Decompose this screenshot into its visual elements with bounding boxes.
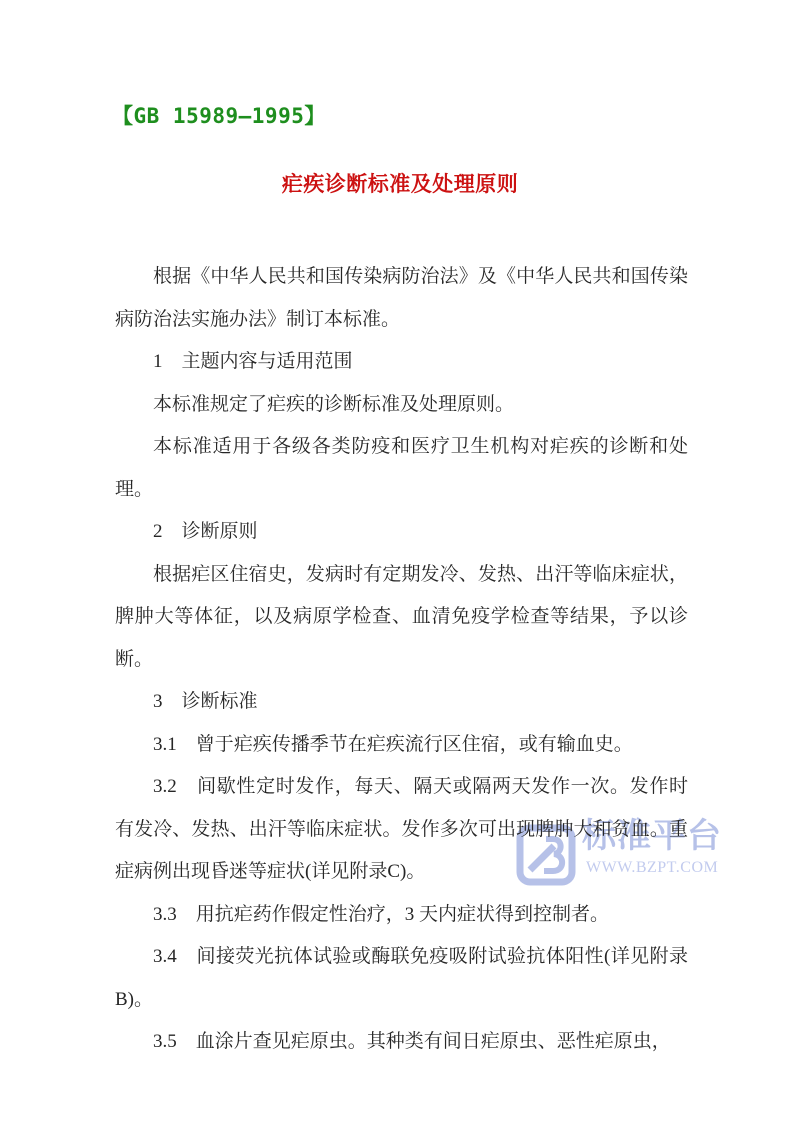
section-heading: 2 诊断原则 [115,511,688,554]
paragraph: 3.1 曾于疟疾传播季节在疟疾流行区住宿，或有输血史。 [115,724,688,767]
document-page: 【GB 15989—1995】 疟疾诊断标准及处理原则 标准平台 WWW.BZP… [0,0,800,1131]
paragraph: 根据疟区住宿史，发病时有定期发冷、发热、出汗等临床症状，脾肿大等体征，以及病原学… [115,554,688,682]
section-heading: 1 主题内容与适用范围 [115,341,688,384]
paragraph: 根据《中华人民共和国传染病防治法》及《中华人民共和国传染病防治法实施办法》制订本… [115,256,688,341]
paragraph: 本标准适用于各级各类防疫和医疗卫生机构对疟疾的诊断和处理。 [115,426,688,511]
paragraph: 3.4 间接荧光抗体试验或酶联免疫吸附试验抗体阳性(详见附录B)。 [115,936,688,1021]
document-body: 根据《中华人民共和国传染病防治法》及《中华人民共和国传染病防治法实施办法》制订本… [115,256,688,1064]
paragraph: 3.5 血涂片查见疟原虫。其种类有间日疟原虫、恶性疟原虫， [115,1021,688,1064]
paragraph: 3.2 间歇性定时发作，每天、隔天或隔两天发作一次。发作时有发冷、发热、出汗等临… [115,766,688,894]
paragraph: 3.3 用抗疟药作假定性治疗，3 天内症状得到控制者。 [115,894,688,937]
section-heading: 3 诊断标准 [115,681,688,724]
doc-number: 【GB 15989—1995】 [112,100,326,130]
page-title: 疟疾诊断标准及处理原则 [0,168,800,198]
paragraph: 本标准规定了疟疾的诊断标准及处理原则。 [115,384,688,427]
